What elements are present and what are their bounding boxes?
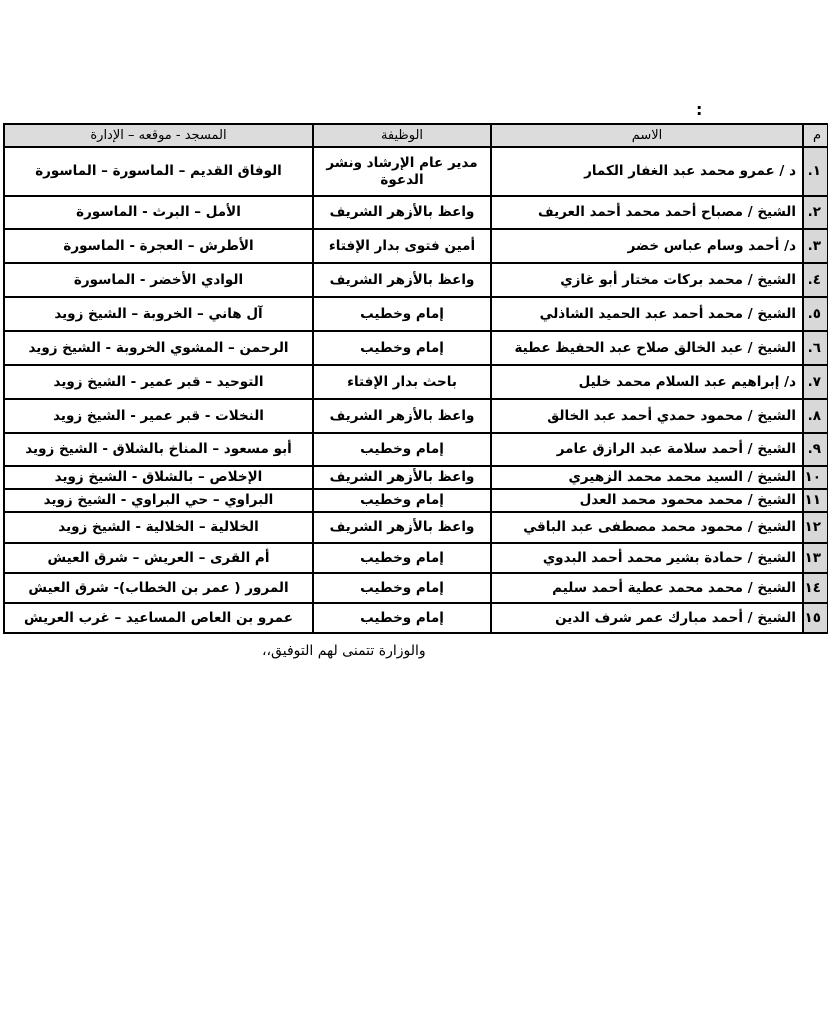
row-name: الشيخ / السيد محمد محمد الزهيري bbox=[491, 466, 803, 489]
header-name: الاسم bbox=[491, 124, 803, 147]
table-row: ١٣الشيخ / حمادة بشير محمد أحمد البدويإما… bbox=[4, 543, 828, 573]
row-location: الوفاق القديم – الماسورة – الماسورة bbox=[4, 147, 313, 196]
header-num: م bbox=[803, 124, 828, 147]
row-job: إمام وخطيب bbox=[313, 603, 491, 633]
row-job: واعظ بالأزهر الشريف bbox=[313, 263, 491, 297]
row-number: ١٥ bbox=[803, 603, 828, 633]
row-location: الوادي الأخضر - الماسورة bbox=[4, 263, 313, 297]
row-name: الشيخ / محمد محمد عطية أحمد سليم bbox=[491, 573, 803, 603]
row-name: الشيخ / حمادة بشير محمد أحمد البدوي bbox=[491, 543, 803, 573]
table-row: ١٥الشيخ / أحمد مبارك عمر شرف الدينإمام و… bbox=[4, 603, 828, 633]
row-name: الشيخ / عبد الخالق صلاح عبد الحفيظ عطية bbox=[491, 331, 803, 365]
imams-table: م الاسم الوظيفة المسجد - موقعه – الإدارة… bbox=[3, 123, 828, 634]
row-location: الأمل – البرث - الماسورة bbox=[4, 196, 313, 229]
row-location: المرور ( عمر بن الخطاب)- شرق العيش bbox=[4, 573, 313, 603]
row-job: مدير عام الإرشاد ونشر الدعوة bbox=[313, 147, 491, 196]
row-name: الشيخ / محمد أحمد عبد الحميد الشاذلي bbox=[491, 297, 803, 331]
row-job: إمام وخطيب bbox=[313, 433, 491, 466]
row-job: إمام وخطيب bbox=[313, 573, 491, 603]
row-number: ٨. bbox=[803, 399, 828, 433]
row-job: واعظ بالأزهر الشريف bbox=[313, 196, 491, 229]
table-header-row: م الاسم الوظيفة المسجد - موقعه – الإدارة bbox=[4, 124, 828, 147]
row-location: الخلالية – الخلالية - الشيخ زويد bbox=[4, 512, 313, 543]
row-job: إمام وخطيب bbox=[313, 297, 491, 331]
row-name: الشيخ / محمود حمدي أحمد عبد الخالق bbox=[491, 399, 803, 433]
row-job: إمام وخطيب bbox=[313, 331, 491, 365]
row-name: الشيخ / محمد بركات مختار أبو غازي bbox=[491, 263, 803, 297]
row-number: ٢. bbox=[803, 196, 828, 229]
row-number: ٤. bbox=[803, 263, 828, 297]
table-row: ٥.الشيخ / محمد أحمد عبد الحميد الشاذليإم… bbox=[4, 297, 828, 331]
row-location: عمرو بن العاص المساعيد – غرب العريش bbox=[4, 603, 313, 633]
row-number: ٩. bbox=[803, 433, 828, 466]
row-name: د/ إبراهيم عبد السلام محمد خليل bbox=[491, 365, 803, 399]
row-location: الأطرش – العجرة - الماسورة bbox=[4, 229, 313, 263]
row-number: ١. bbox=[803, 147, 828, 196]
table-row: ١٠الشيخ / السيد محمد محمد الزهيريواعظ با… bbox=[4, 466, 828, 489]
row-location: الإخلاص – بالشلاق - الشيخ زويد bbox=[4, 466, 313, 489]
row-number: ٦. bbox=[803, 331, 828, 365]
row-number: ٣. bbox=[803, 229, 828, 263]
row-name: الشيخ / أحمد مبارك عمر شرف الدين bbox=[491, 603, 803, 633]
row-name: الشيخ / أحمد سلامة عبد الرازق عامر bbox=[491, 433, 803, 466]
row-number: ١٠ bbox=[803, 466, 828, 489]
row-location: آل هاني – الخروبة – الشيخ زويد bbox=[4, 297, 313, 331]
row-location: التوحيد – قبر عمير - الشيخ زويد bbox=[4, 365, 313, 399]
row-job: واعظ بالأزهر الشريف bbox=[313, 512, 491, 543]
table-row: ٢.الشيخ / مصباح أحمد محمد أحمد العريفواع… bbox=[4, 196, 828, 229]
table-row: ٤.الشيخ / محمد بركات مختار أبو غازيواعظ … bbox=[4, 263, 828, 297]
table-row: ٧.د/ إبراهيم عبد السلام محمد خليلباحث بد… bbox=[4, 365, 828, 399]
row-number: ١٤ bbox=[803, 573, 828, 603]
closing-note: والوزارة تتمنى لهم التوفيق،، bbox=[262, 643, 426, 659]
row-location: البراوي – حي البراوي - الشيخ زويد bbox=[4, 489, 313, 512]
row-location: أبو مسعود – المناخ بالشلاق - الشيخ زويد bbox=[4, 433, 313, 466]
row-job: أمين فتوى بدار الإفتاء bbox=[313, 229, 491, 263]
header-job: الوظيفة bbox=[313, 124, 491, 147]
row-name: الشيخ / مصباح أحمد محمد أحمد العريف bbox=[491, 196, 803, 229]
row-name: الشيخ / محمود محمد مصطفى عبد الباقي bbox=[491, 512, 803, 543]
row-location: النخلات - قبر عمير - الشيخ زويد bbox=[4, 399, 313, 433]
table-row: ٦.الشيخ / عبد الخالق صلاح عبد الحفيظ عطي… bbox=[4, 331, 828, 365]
row-number: ١٢ bbox=[803, 512, 828, 543]
table-row: ١٢الشيخ / محمود محمد مصطفى عبد الباقيواع… bbox=[4, 512, 828, 543]
row-name: د/ أحمد وسام عباس خضر bbox=[491, 229, 803, 263]
row-job: إمام وخطيب bbox=[313, 543, 491, 573]
table-row: ١١الشيخ / محمد محمود محمد العدلإمام وخطي… bbox=[4, 489, 828, 512]
table-row: ١٤الشيخ / محمد محمد عطية أحمد سليمإمام و… bbox=[4, 573, 828, 603]
row-number: ٧. bbox=[803, 365, 828, 399]
row-name: الشيخ / محمد محمود محمد العدل bbox=[491, 489, 803, 512]
row-job: إمام وخطيب bbox=[313, 489, 491, 512]
table-row: ١.د / عمرو محمد عبد الغفار الكمارمدير عا… bbox=[4, 147, 828, 196]
row-job: واعظ بالأزهر الشريف bbox=[313, 466, 491, 489]
table-row: ٨.الشيخ / محمود حمدي أحمد عبد الخالقواعظ… bbox=[4, 399, 828, 433]
header-location: المسجد - موقعه – الإدارة bbox=[4, 124, 313, 147]
table-row: ٣.د/ أحمد وسام عباس خضرأمين فتوى بدار ال… bbox=[4, 229, 828, 263]
row-job: واعظ بالأزهر الشريف bbox=[313, 399, 491, 433]
row-location: أم القرى – العريش – شرق العيش bbox=[4, 543, 313, 573]
table-row: ٩.الشيخ / أحمد سلامة عبد الرازق عامرإمام… bbox=[4, 433, 828, 466]
colon-mark: : bbox=[696, 100, 702, 119]
row-location: الرحمن – المشوي الخروبة - الشيخ زويد bbox=[4, 331, 313, 365]
row-job: باحث بدار الإفتاء bbox=[313, 365, 491, 399]
row-number: ١١ bbox=[803, 489, 828, 512]
table-body: ١.د / عمرو محمد عبد الغفار الكمارمدير عا… bbox=[4, 147, 828, 633]
row-name: د / عمرو محمد عبد الغفار الكمار bbox=[491, 147, 803, 196]
row-number: ١٣ bbox=[803, 543, 828, 573]
row-number: ٥. bbox=[803, 297, 828, 331]
